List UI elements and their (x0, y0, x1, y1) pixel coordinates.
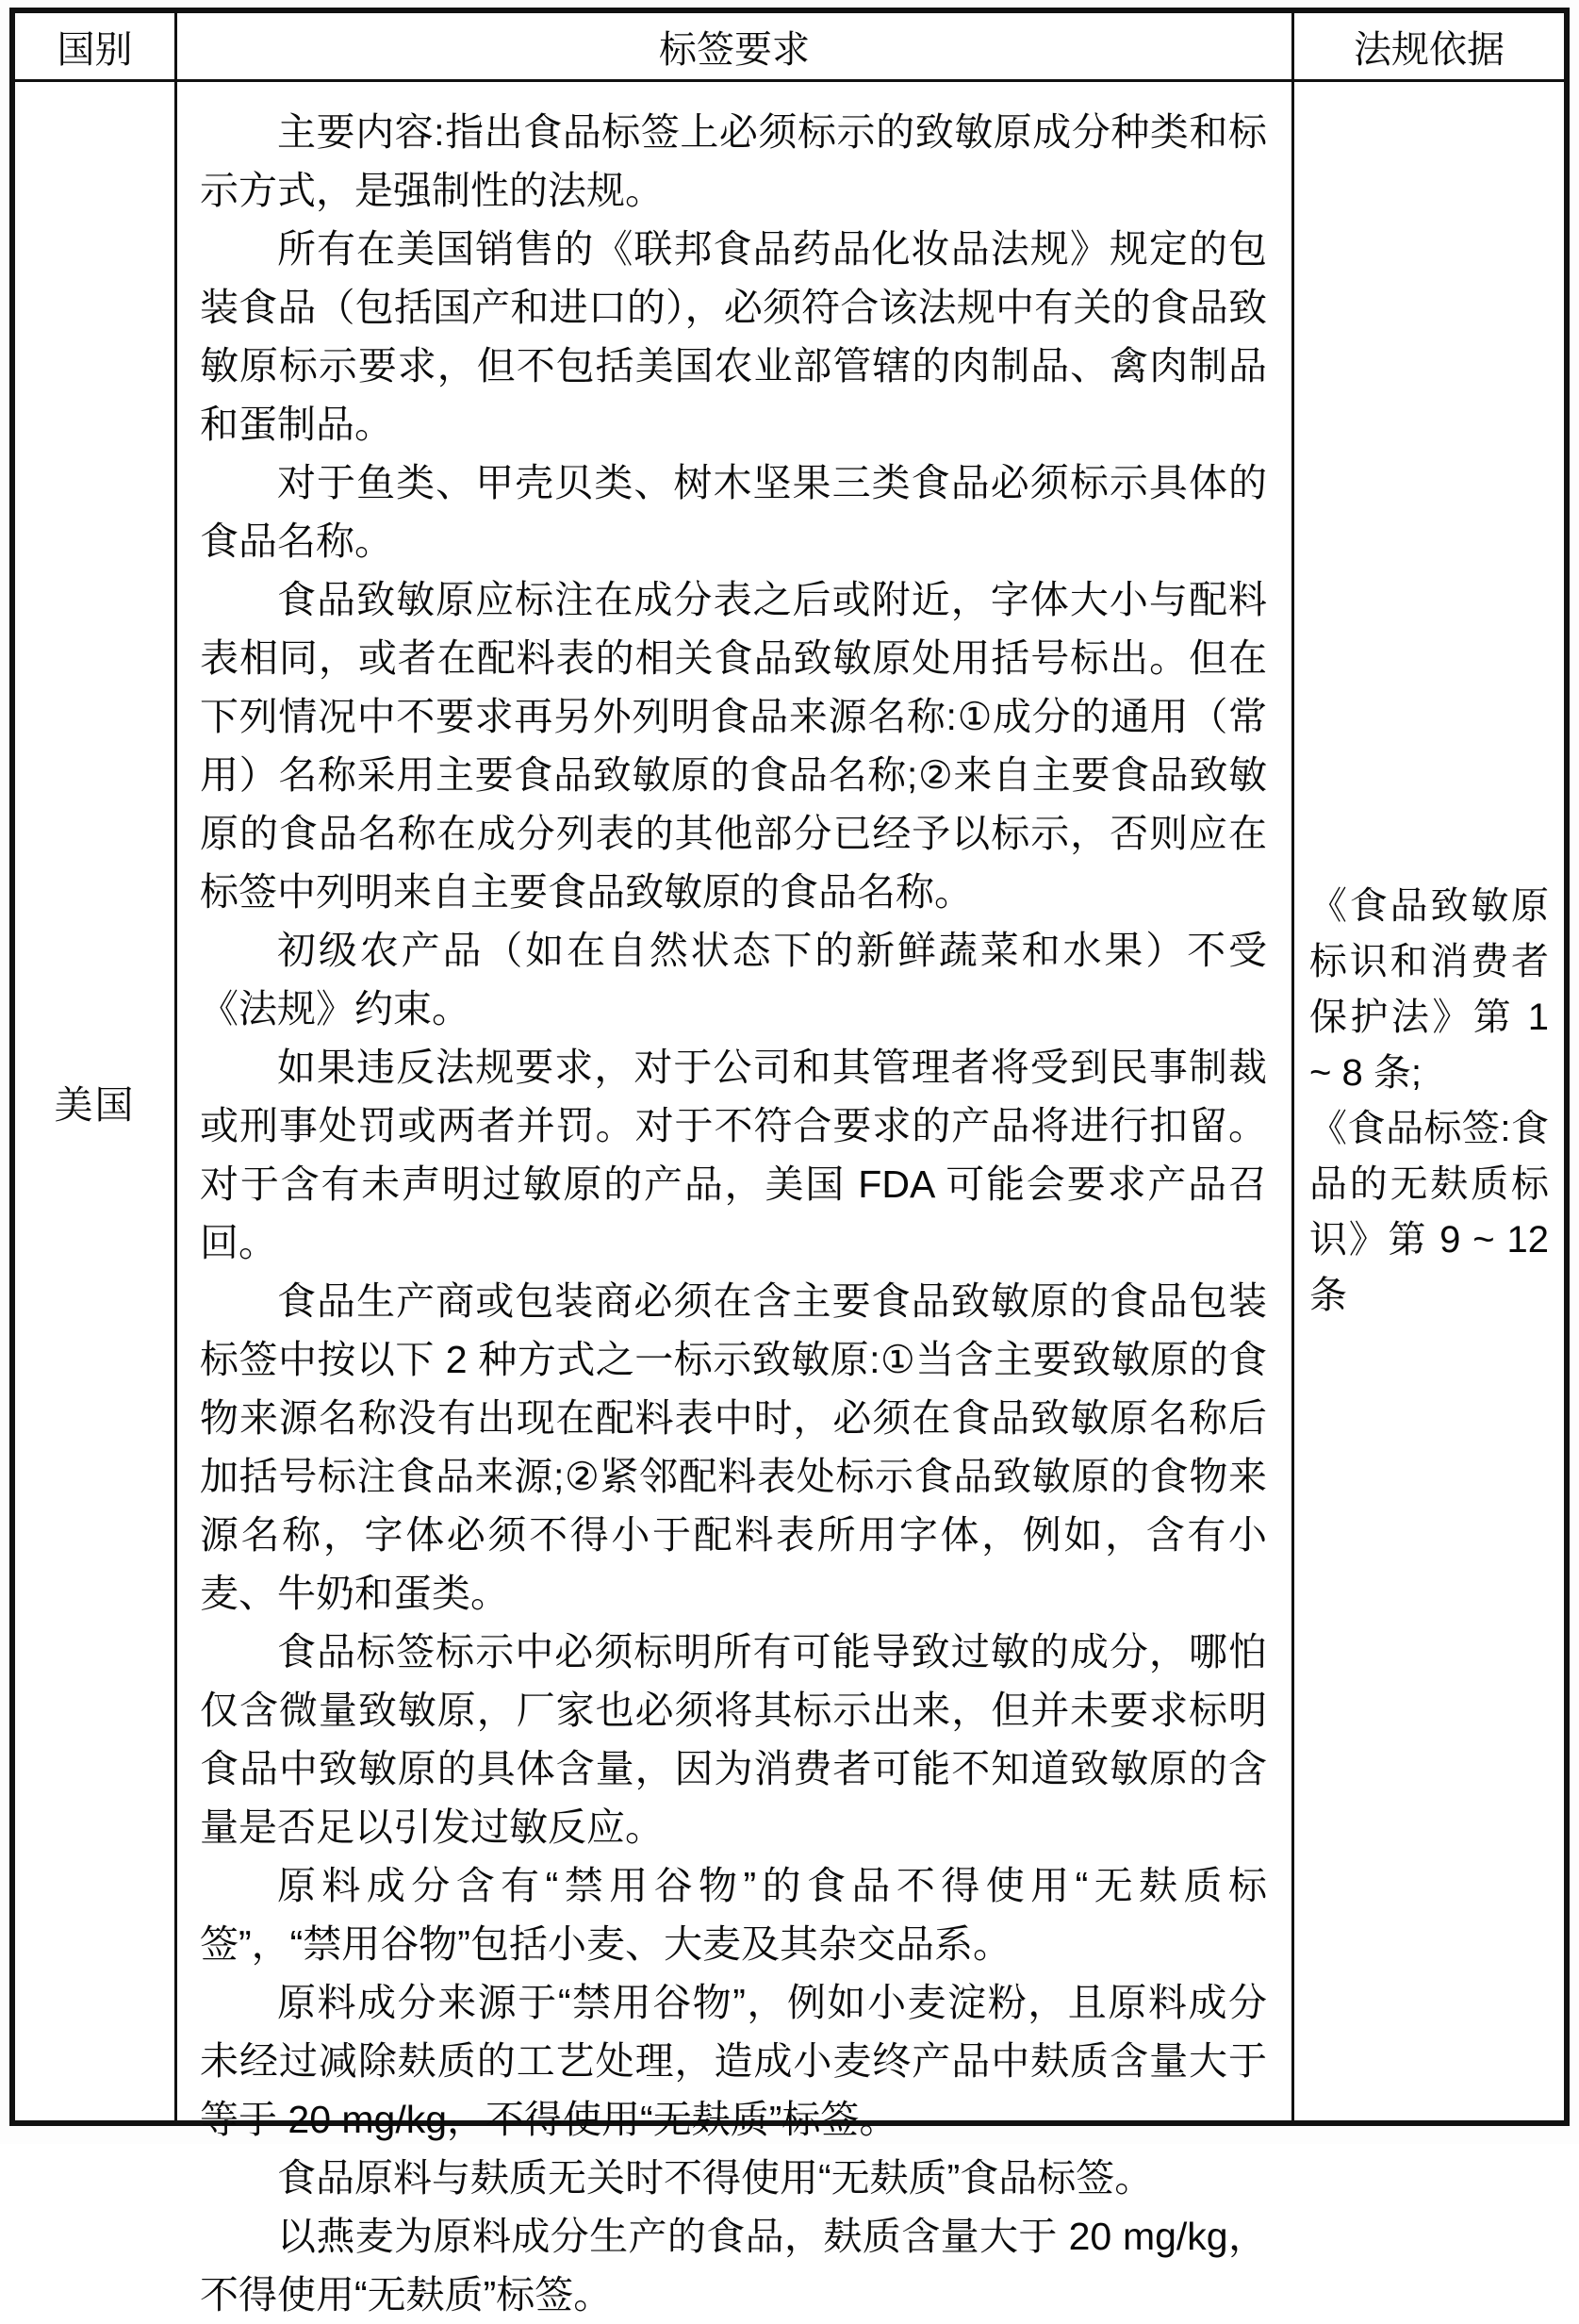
table-header-row: 国别 标签要求 法规依据 (15, 13, 1564, 82)
requirement-paragraph: 主要内容:指出食品标签上必须标示的致敏原成分种类和标示方式，是强制性的法规。 (200, 103, 1267, 220)
requirements-cell: 主要内容:指出食品标签上必须标示的致敏原成分种类和标示方式，是强制性的法规。 所… (177, 82, 1294, 2120)
table-body-row: 美国 主要内容:指出食品标签上必须标示的致敏原成分种类和标示方式，是强制性的法规… (15, 82, 1564, 2120)
requirement-paragraph: 食品生产商或包装商必须在含主要食品致敏原的食品包装标签中按以下 2 种方式之一标… (200, 1272, 1267, 1623)
requirement-paragraph: 原料成分来源于“禁用谷物”，例如小麦淀粉，且原料成分未经过减除麸质的工艺处理，造… (200, 1973, 1267, 2149)
requirement-paragraph: 对于鱼类、甲壳贝类、树木坚果三类食品必须标示具体的食品名称。 (200, 453, 1267, 570)
document-page: 国别 标签要求 法规依据 美国 主要内容:指出食品标签上必须标示的致敏原成分种类… (0, 0, 1579, 2144)
requirement-paragraph: 原料成分含有“禁用谷物”的食品不得使用“无麸质标签”，“禁用谷物”包括小麦、大麦… (200, 1856, 1267, 1973)
regulation-table: 国别 标签要求 法规依据 美国 主要内容:指出食品标签上必须标示的致敏原成分种类… (9, 8, 1570, 2126)
header-cell-requirements: 标签要求 (177, 13, 1294, 79)
requirement-paragraph: 以燕麦为原料成分生产的食品，麸质含量大于 20 mg/kg，不得使用“无麸质”标… (200, 2207, 1267, 2324)
header-cell-country: 国别 (15, 13, 177, 79)
basis-cell: 《食品致敏原标识和消费者保护法》第 1 ~ 8 条; 《食品标签:食品的无麸质标… (1294, 82, 1564, 2120)
basis-reference: 《食品标签:食品的无麸质标识》第 9 ~ 12 条 (1309, 1101, 1549, 1324)
requirement-paragraph: 所有在美国销售的《联邦食品药品化妆品法规》规定的包装食品（包括国产和进口的），必… (200, 220, 1267, 453)
requirement-paragraph: 食品致敏原应标注在成分表之后或附近，字体大小与配料表相同，或者在配料表的相关食品… (200, 570, 1267, 921)
requirement-paragraph: 初级农产品（如在自然状态下的新鲜蔬菜和水果）不受《法规》约束。 (200, 921, 1267, 1038)
basis-reference: 《食品致敏原标识和消费者保护法》第 1 ~ 8 条; (1309, 879, 1549, 1101)
country-label: 美国 (55, 1074, 136, 1129)
requirement-paragraph: 如果违反法规要求，对于公司和其管理者将受到民事制裁或刑事处罚或两者并罚。对于不符… (200, 1038, 1267, 1272)
requirement-paragraph: 食品标签标示中必须标明所有可能导致过敏的成分，哪怕仅含微量致敏原，厂家也必须将其… (200, 1623, 1267, 1856)
requirement-paragraph: 食品原料与麸质无关时不得使用“无麸质”食品标签。 (200, 2149, 1267, 2207)
country-cell: 美国 (15, 82, 177, 2120)
header-cell-basis: 法规依据 (1294, 13, 1564, 79)
